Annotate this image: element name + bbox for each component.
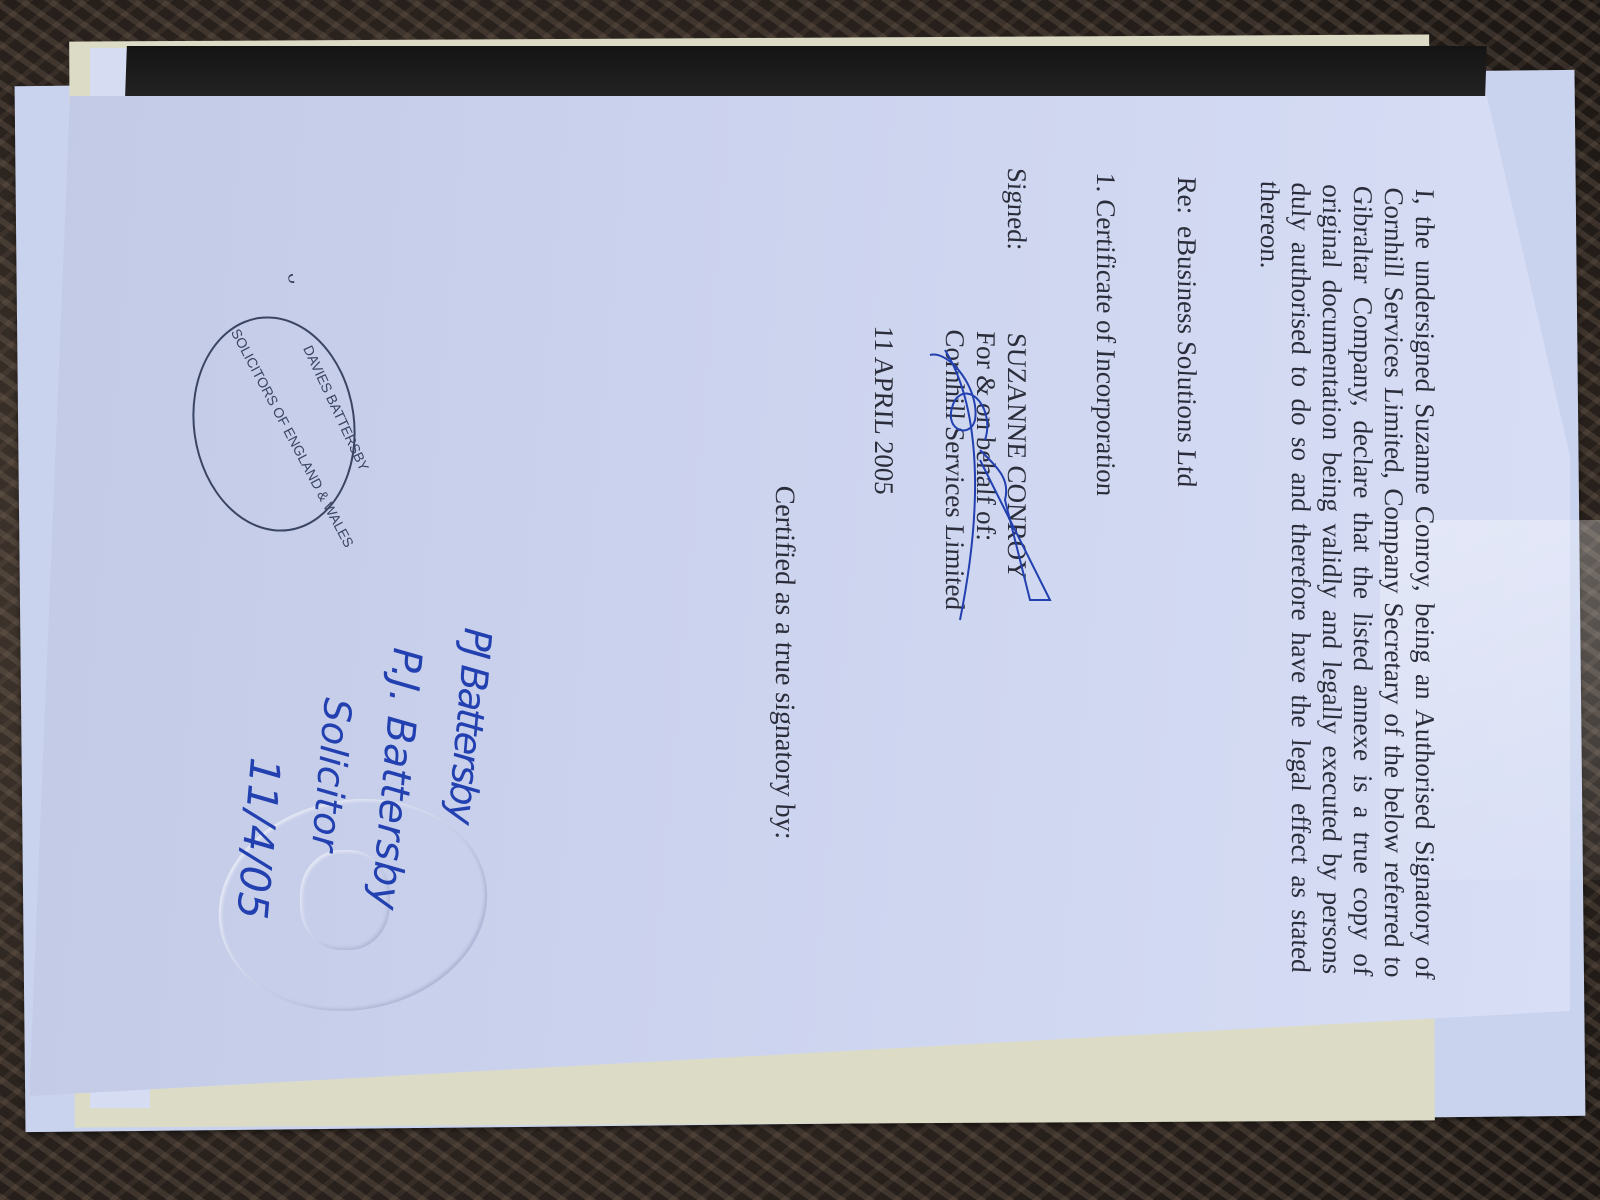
signature-block: Signed: SUZANNE CONROY For & on behalf o… [939, 164, 1032, 1169]
signature-conroy-icon [900, 330, 1060, 630]
re-line: Re:eBusiness Solutions Ltd [1171, 176, 1202, 1178]
signed-label: Signed: [939, 164, 1032, 334]
declaration-paragraph: I, the undersigned Suzanne Conroy, being… [1254, 180, 1440, 980]
re-label: Re: [1172, 176, 1202, 215]
annexe-item: 1. Certificate of Incorporation [1090, 172, 1121, 1174]
declaration-document: I, the undersigned Suzanne Conroy, being… [768, 155, 1440, 1190]
certified-label: Certified as a true signatory by: [768, 155, 800, 1157]
black-binding-strip [125, 46, 1487, 96]
re-company: eBusiness Solutions Ltd [1172, 225, 1202, 488]
signing-date: 11 APRIL 2005 [868, 160, 899, 1162]
